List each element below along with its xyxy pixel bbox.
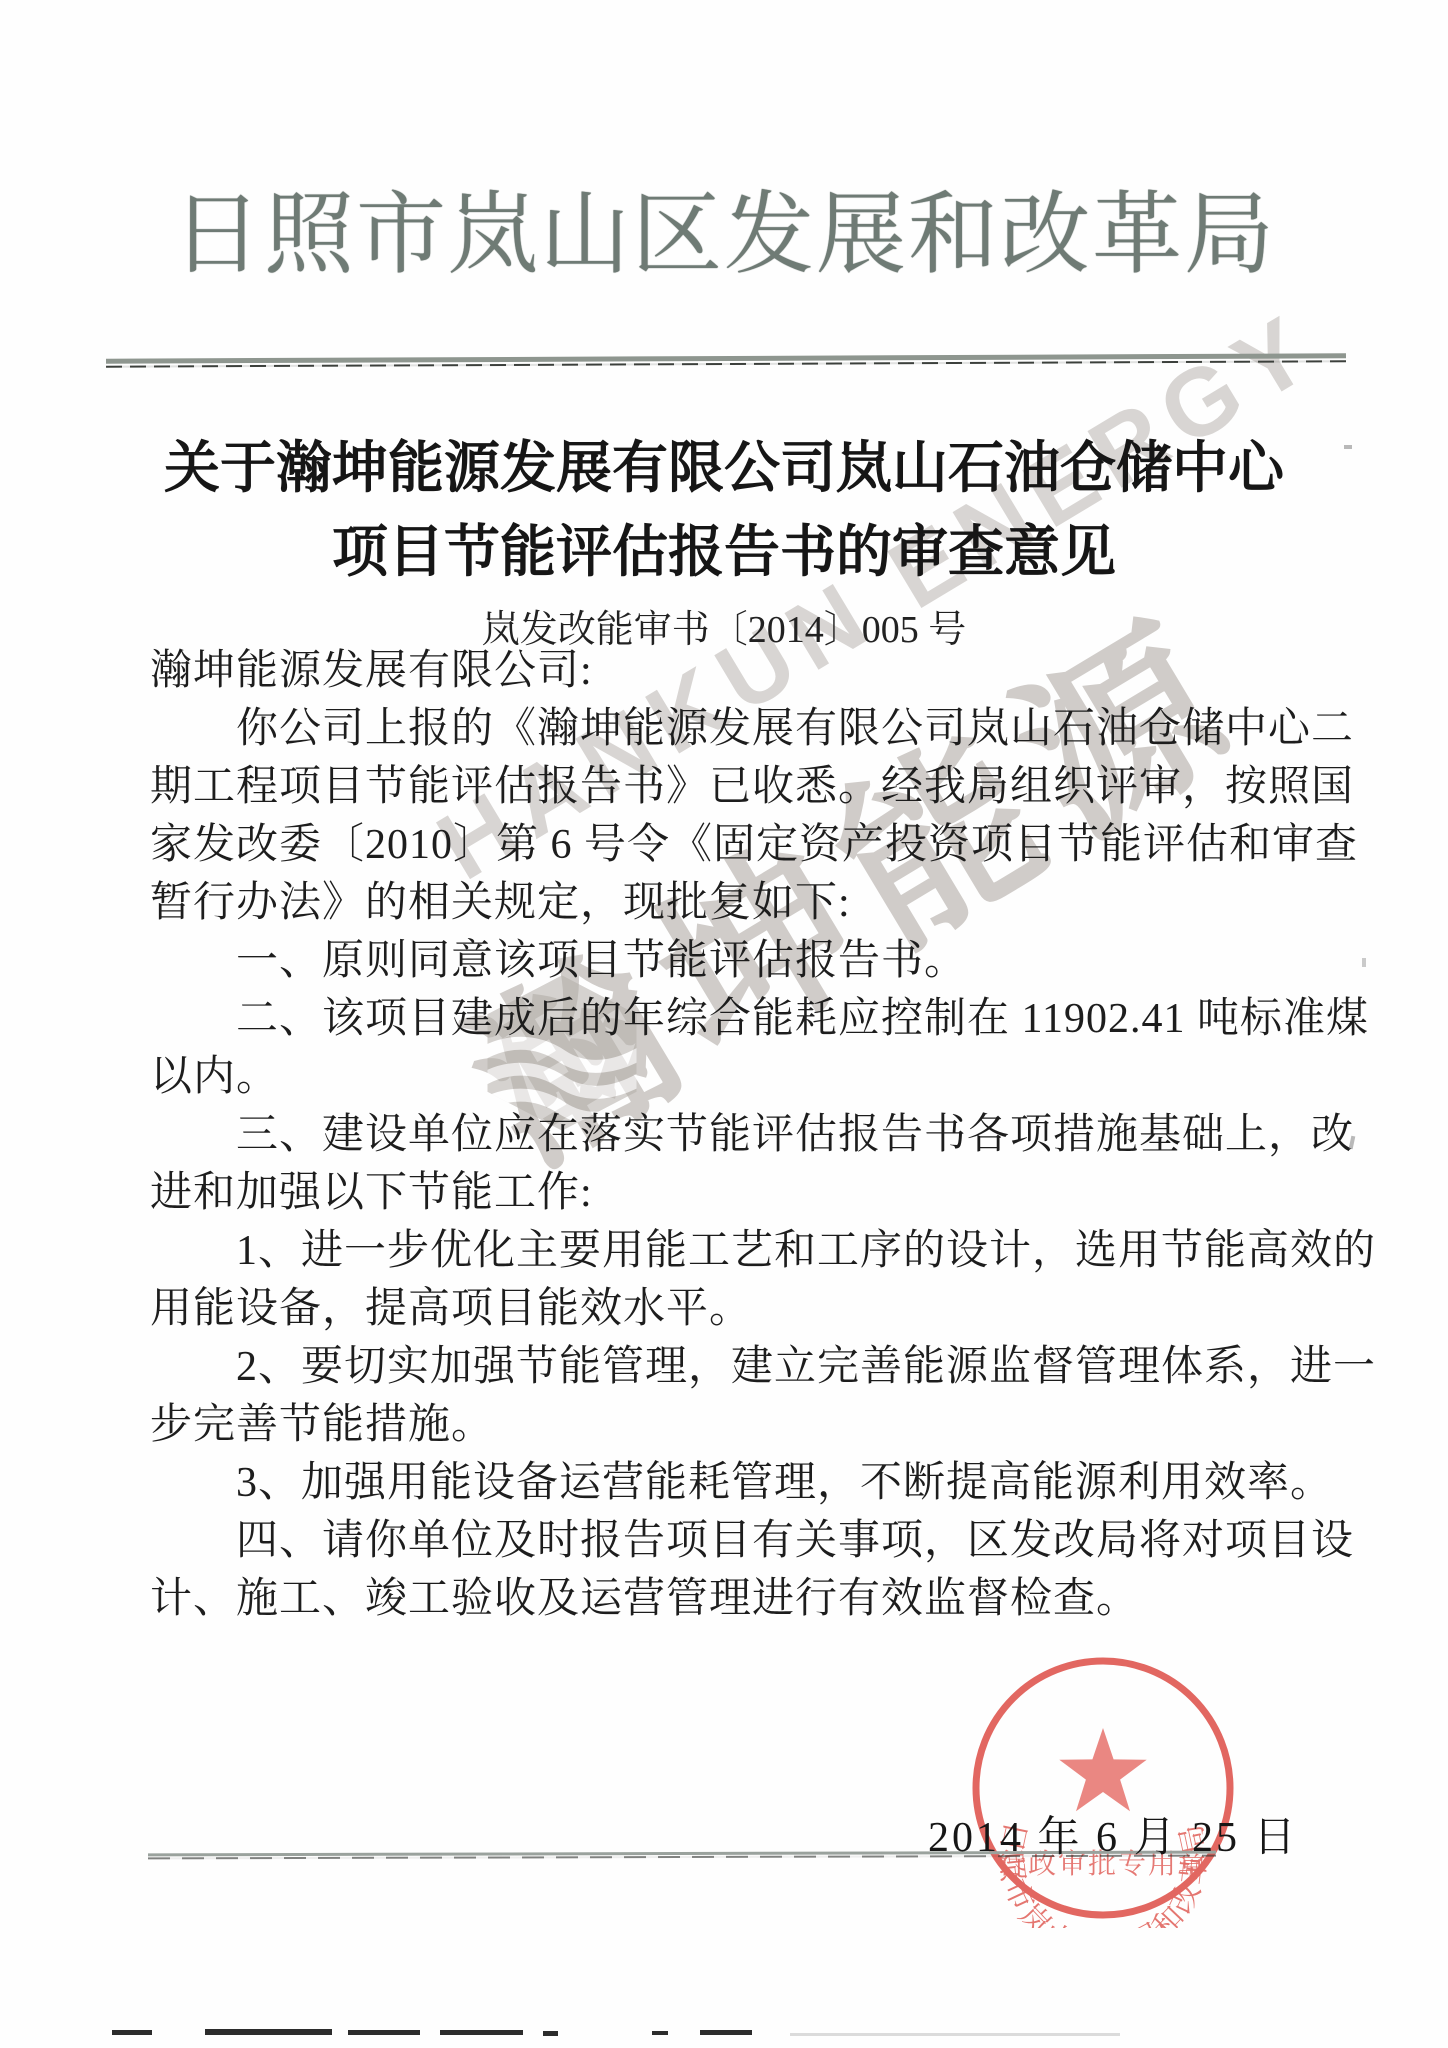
body-line: 你公司上报的《瀚坤能源发展有限公司岚山石油仓储中心二: [150, 700, 1330, 758]
body-line: 暂行办法》的相关规定，现批复如下:: [150, 874, 1330, 932]
body-text: 瀚坤能源发展有限公司: 你公司上报的《瀚坤能源发展有限公司岚山石油仓储中心二 期…: [150, 642, 1330, 1628]
body-line: 期工程项目节能评估报告书》已收悉。经我局组织评审，按照国: [150, 758, 1330, 816]
body-line: 以内。: [150, 1048, 1330, 1106]
body-line: 步完善节能措施。: [150, 1396, 1330, 1454]
seal-star-icon: [1059, 1728, 1146, 1811]
agency-letterhead: 日照市岚山区发展和改革局: [0, 176, 1448, 296]
body-line: 三、建设单位应在落实节能评估报告书各项措施基础上，改: [150, 1106, 1330, 1164]
scan-artifact-dash: [348, 2030, 420, 2035]
scan-artifact-dash: [440, 2030, 523, 2035]
body-line: 家发改委〔2010〕第 6 号令《固定资产投资项目节能评估和审查: [150, 816, 1330, 874]
scan-artifact-dash: [652, 2031, 668, 2035]
scan-artifact-dash: [205, 2029, 332, 2035]
scan-artifact-dash: [112, 2030, 152, 2035]
document-page: HANKUN ENERGY 瀚坤能源 日照市岚山区发展和改革局 关于瀚坤能源发展…: [0, 0, 1448, 2048]
scan-artifact-dash: [700, 2030, 752, 2035]
body-line: 四、请你单位及时报告项目有关事项，区发改局将对项目设: [150, 1512, 1330, 1570]
document-title-line1: 关于瀚坤能源发展有限公司岚山石油仓储中心: [0, 424, 1448, 504]
body-line: 3、加强用能设备运营能耗管理，不断提高能源利用效率。: [150, 1454, 1330, 1512]
scan-artifact-smudge: [790, 2033, 1120, 2036]
body-line-salutation: 瀚坤能源发展有限公司:: [150, 642, 1330, 700]
issue-date: 2014 年 6 月 25 日: [928, 1804, 1299, 1864]
official-seal: 日照市岚山区发展和改革局 行政审批专用章: [963, 1648, 1243, 1928]
letterhead-rule: [106, 353, 1346, 367]
scan-artifact-speck: [1362, 958, 1366, 967]
body-line: 一、原则同意该项目节能评估报告书。: [150, 932, 1330, 990]
body-line: 计、施工、竣工验收及运营管理进行有效监督检查。: [150, 1570, 1330, 1628]
scan-artifact-dash: [543, 2031, 558, 2036]
scan-artifact-speck: [1344, 445, 1352, 449]
body-line: 二、该项目建成后的年综合能耗应控制在 11902.41 吨标准煤: [150, 990, 1330, 1048]
document-title-line2: 项目节能评估报告书的审查意见: [0, 508, 1448, 588]
body-line: 1、进一步优化主要用能工艺和工序的设计，选用节能高效的: [150, 1222, 1330, 1280]
body-line: 进和加强以下节能工作:: [150, 1164, 1330, 1222]
body-line: 用能设备，提高项目能效水平。: [150, 1280, 1330, 1338]
body-line: 2、要切实加强节能管理，建立完善能源监督管理体系，进一: [150, 1338, 1330, 1396]
